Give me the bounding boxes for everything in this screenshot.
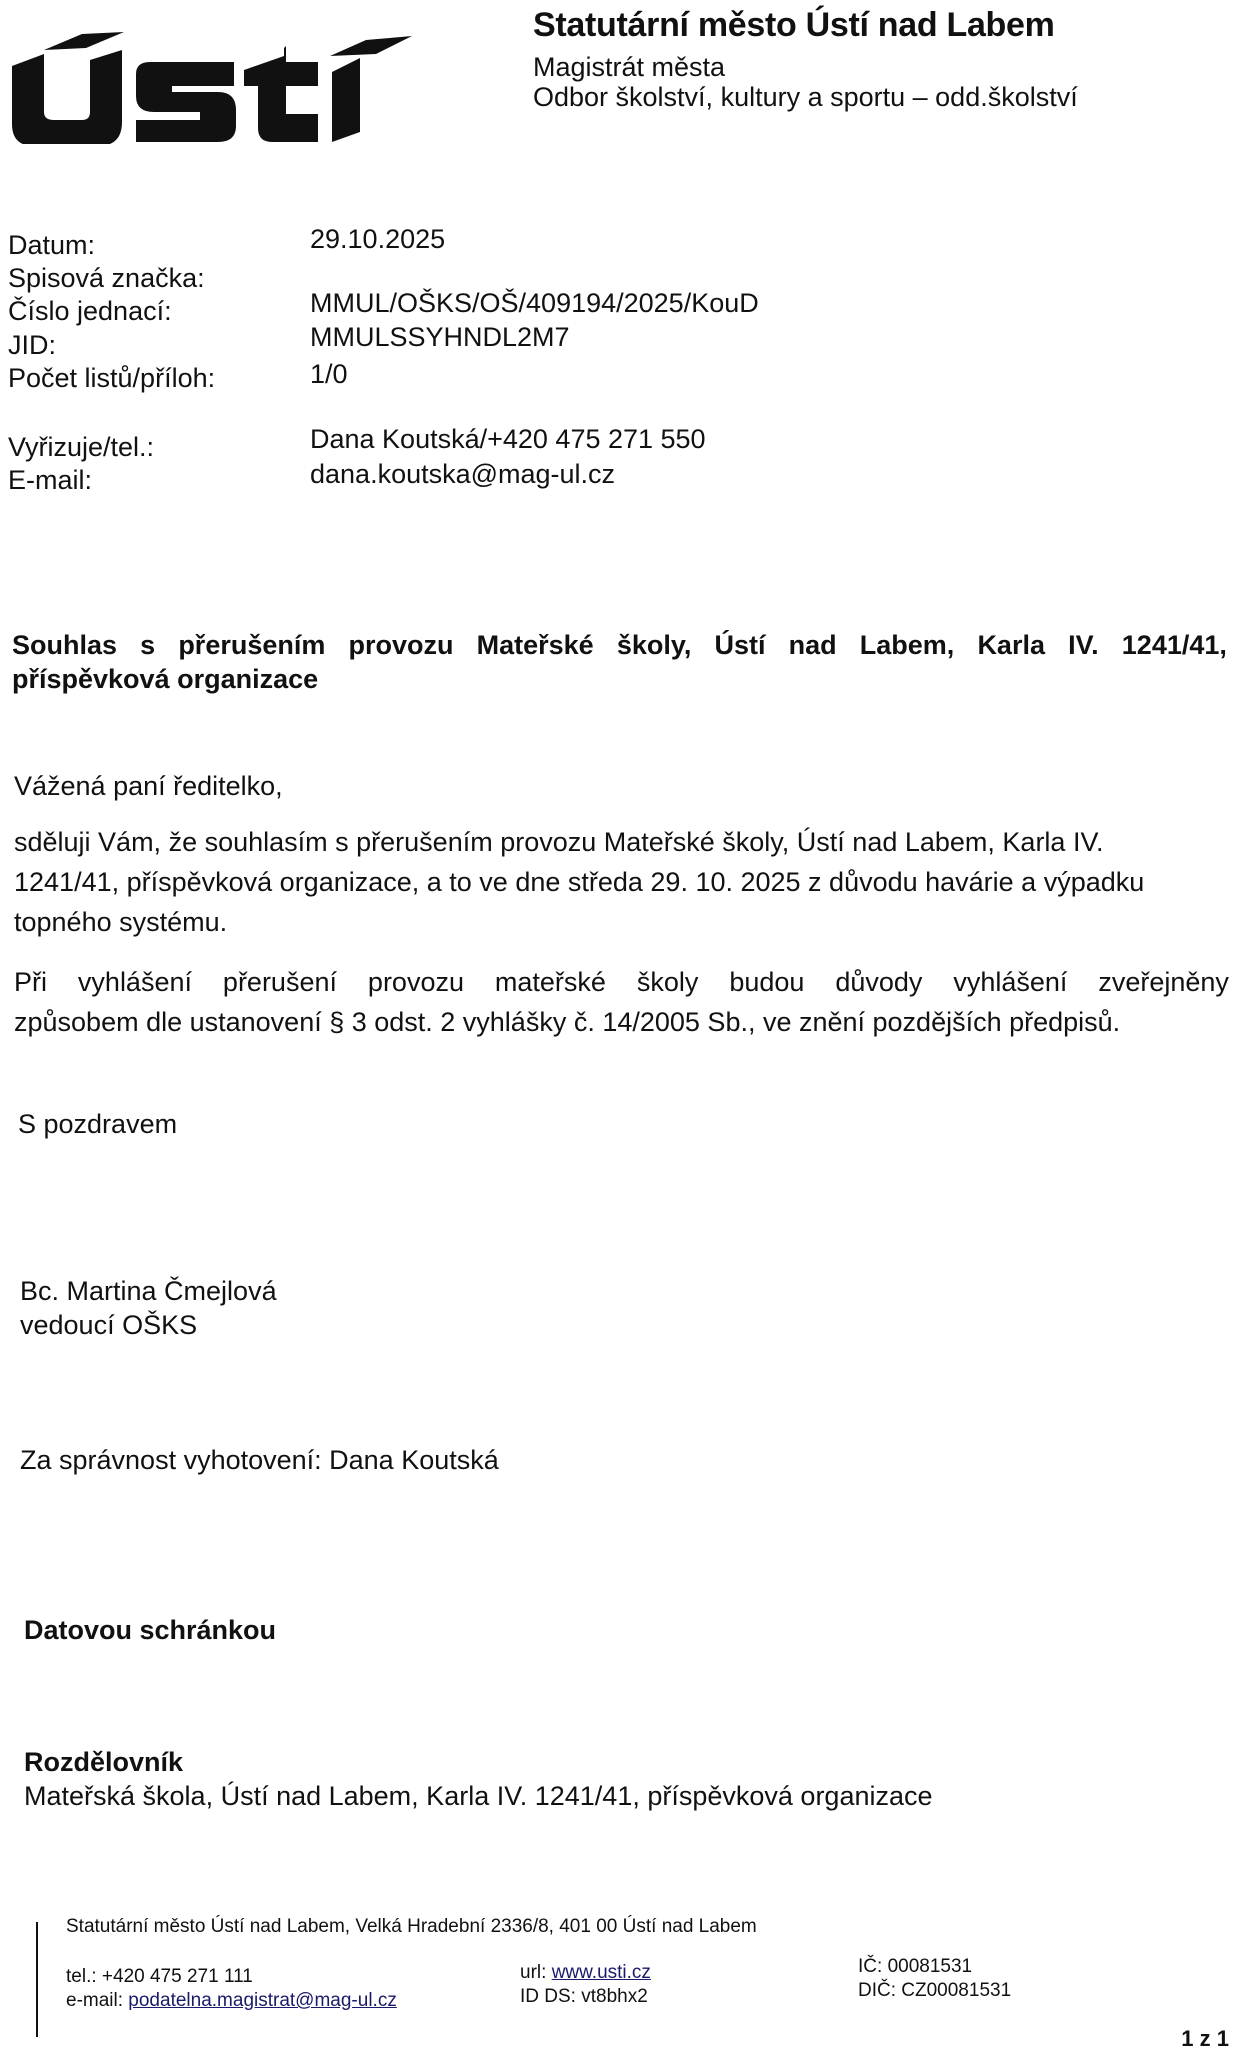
page-count-value: 1/0 <box>310 359 348 390</box>
handler-value: Dana Koutská/+420 475 271 550 <box>310 424 706 455</box>
closing: S pozdravem <box>18 1104 1233 1144</box>
word: Labem, <box>860 628 955 662</box>
word: s <box>140 628 155 662</box>
word: nad <box>789 628 837 662</box>
letter-subject: SouhlasspřerušenímprovozuMateřskéškoly,Ú… <box>12 628 1227 696</box>
footer-dic: DIČ: CZ00081531 <box>858 1980 1011 2002</box>
signatory-role: vedoucí OŠKS <box>20 1308 1235 1342</box>
jid-value: MMULSSYHNDL2M7 <box>310 322 570 353</box>
word: IV. <box>1068 628 1099 662</box>
email-label: E-mail: <box>8 465 92 496</box>
salutation: Vážená paní ředitelko, <box>14 766 1229 806</box>
paragraph-1-line-1: sděluji Vám, že souhlasím s přerušením p… <box>14 822 1229 862</box>
footer-dic-label: DIČ: <box>858 1980 896 2001</box>
word: provozu <box>368 962 464 1002</box>
word: vyhlášení <box>953 962 1067 1002</box>
paragraph-1-line-2: 1241/41, příspěvková organizace, a to ve… <box>14 862 1229 902</box>
date-value: 29.10.2025 <box>310 224 445 255</box>
handler-label: Vyřizuje/tel.: <box>8 432 154 463</box>
word: Při <box>14 962 47 1002</box>
footer-phone-label: tel.: <box>66 1966 97 1987</box>
email-value: dana.koutska@mag-ul.cz <box>310 459 615 490</box>
footer-data-box: ID DS: vt8bhx2 <box>520 1986 648 2008</box>
delivery-method: Datovou schránkou <box>24 1610 1239 1650</box>
word: zveřejněny <box>1098 962 1229 1002</box>
jid-label: JID: <box>8 330 56 361</box>
word: budou <box>729 962 804 1002</box>
word: vyhlášení <box>78 962 192 1002</box>
subject-line-1: SouhlasspřerušenímprovozuMateřskéškoly,Ú… <box>12 628 1227 662</box>
footer-data-box-label: ID DS: <box>520 1986 576 2007</box>
word: školy, <box>617 628 692 662</box>
page-count-label: Počet listů/příloh: <box>8 363 215 394</box>
word: důvody <box>835 962 922 1002</box>
footer-ic-label: IČ: <box>858 1956 882 1977</box>
word: provozu <box>349 628 454 662</box>
footer-url-label: url: <box>520 1962 546 1983</box>
footer-email-link[interactable]: podatelna.magistrat@mag-ul.cz <box>128 1990 397 2011</box>
organization-name: Statutární město Ústí nad Labem <box>533 6 1055 45</box>
body-paragraph-1: sděluji Vám, že souhlasím s přerušením p… <box>14 822 1229 942</box>
word: Mateřské <box>477 628 594 662</box>
word: přerušením <box>178 628 325 662</box>
footer-ic-value: 00081531 <box>888 1956 973 1977</box>
office-name: Magistrát města <box>533 52 725 83</box>
word: školy <box>637 962 699 1002</box>
usti-logo <box>4 14 424 144</box>
date-label: Datum: <box>8 230 95 261</box>
distribution-recipient: Mateřská škola, Ústí nad Labem, Karla IV… <box>24 1779 1239 1813</box>
word: Ústí <box>715 628 766 662</box>
paragraph-2-line-2: způsobem dle ustanovení § 3 odst. 2 vyhl… <box>14 1002 1229 1042</box>
distribution-list: Rozdělovník Mateřská škola, Ústí nad Lab… <box>24 1745 1239 1813</box>
footer-phone: tel.: +420 475 271 111 <box>66 1966 253 1988</box>
verification-note: Za správnost vyhotovení: Dana Koutská <box>20 1440 1235 1480</box>
page-number: 1 z 1 <box>1181 2026 1229 2052</box>
footer-phone-value: +420 475 271 111 <box>102 1966 253 1987</box>
signature-block: Bc. Martina Čmejlová vedoucí OŠKS <box>20 1274 1235 1342</box>
distribution-heading: Rozdělovník <box>24 1745 1239 1779</box>
footer-ic: IČ: 00081531 <box>858 1956 972 1978</box>
word: Souhlas <box>12 628 117 662</box>
body-paragraph-2: Přivyhlášenípřerušeníprovozumateřskéškol… <box>14 962 1229 1042</box>
footer-data-box-value: vt8bhx2 <box>581 1986 648 2007</box>
word: Karla <box>977 628 1045 662</box>
word: mateřské <box>495 962 606 1002</box>
word: přerušení <box>223 962 337 1002</box>
footer-url: url: www.usti.cz <box>520 1962 651 1984</box>
footer-divider <box>36 1922 38 2037</box>
reference-number-value: MMUL/OŠKS/OŠ/409194/2025/KouD <box>310 288 759 319</box>
footer-email-label: e-mail: <box>66 1990 123 2011</box>
paragraph-2-line-1: Přivyhlášenípřerušeníprovozumateřskéškol… <box>14 962 1229 1002</box>
footer-address: Statutární město Ústí nad Labem, Velká H… <box>66 1916 757 1938</box>
word: 1241/41, <box>1122 628 1227 662</box>
paragraph-1-line-3: topného systému. <box>14 902 1229 942</box>
file-mark-label: Spisová značka: <box>8 263 205 294</box>
footer-url-link[interactable]: www.usti.cz <box>552 1962 651 1983</box>
reference-number-label: Číslo jednací: <box>8 296 172 327</box>
footer-dic-value: CZ00081531 <box>901 1980 1011 2001</box>
subject-line-2: příspěvková organizace <box>12 662 1227 696</box>
footer-email: e-mail: podatelna.magistrat@mag-ul.cz <box>66 1990 397 2012</box>
department-name: Odbor školství, kultury a sportu – odd.š… <box>533 82 1078 113</box>
signatory-name: Bc. Martina Čmejlová <box>20 1274 1235 1308</box>
